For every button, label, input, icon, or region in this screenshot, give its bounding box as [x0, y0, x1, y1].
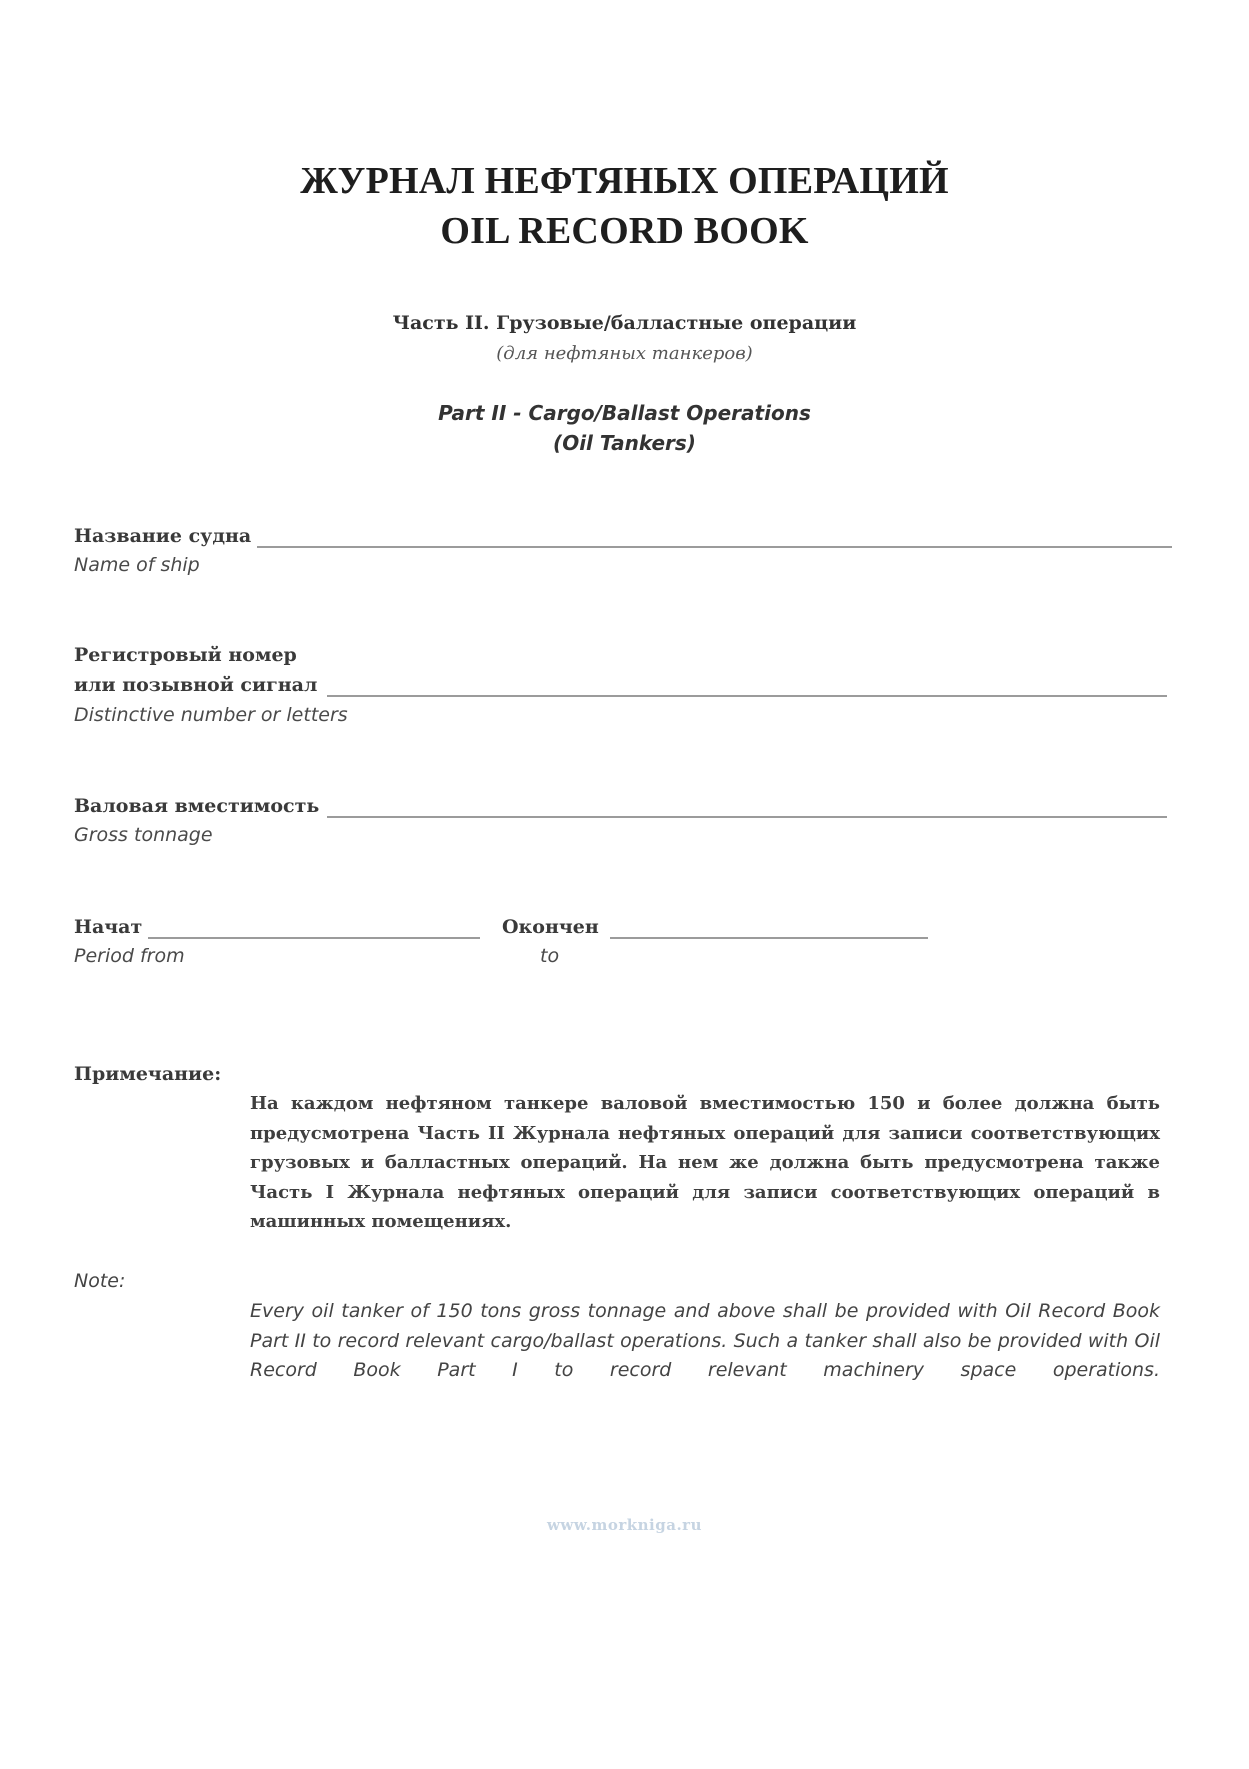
subtitle-russian: Часть II. Грузовые/балластные операции [0, 314, 1249, 333]
ship-name-underline [257, 546, 1172, 548]
period-to-label-ru: Окончен [502, 918, 599, 937]
ship-name-label-en: Name of ship [74, 556, 200, 575]
title-russian: ЖУРНАЛ НЕФТЯНЫХ ОПЕРАЦИЙ [0, 162, 1249, 200]
period-to-underline [610, 937, 928, 939]
period-from-field[interactable] [152, 913, 476, 937]
gross-tonnage-label-ru: Валовая вместимость [74, 797, 319, 816]
note-body-ru: На каждом нефтяном танкере валовой вмест… [250, 1089, 1160, 1237]
subtitle-russian-note: (для нефтяных танкеров) [0, 345, 1249, 363]
subtitle-english: Part II - Cargo/Ballast Operations [0, 403, 1249, 423]
gross-tonnage-label-en: Gross tonnage [74, 826, 213, 845]
ship-name-field[interactable] [262, 522, 1167, 546]
period-to-label-en: to [540, 947, 559, 966]
gross-tonnage-field[interactable] [332, 792, 1162, 816]
period-from-underline [148, 937, 480, 939]
subtitle-english-note: (Oil Tankers) [0, 433, 1249, 453]
ship-name-label-ru: Название судна [74, 527, 251, 546]
note-body-en: Every oil tanker of 150 tons gross tonna… [250, 1297, 1160, 1386]
note-label-ru: Примечание: [74, 1065, 221, 1084]
note-label-en: Note: [74, 1272, 125, 1291]
title-english: OIL RECORD BOOK [0, 212, 1249, 250]
period-from-label-en: Period from [74, 947, 185, 966]
distinctive-label-ru-1: Регистровый номер [74, 646, 297, 665]
distinctive-underline [327, 695, 1167, 697]
watermark-url: www.morkniga.ru [0, 1516, 1249, 1534]
distinctive-number-field[interactable] [332, 671, 1162, 695]
period-to-field[interactable] [614, 913, 924, 937]
document-page: ЖУРНАЛ НЕФТЯНЫХ ОПЕРАЦИЙ OIL RECORD BOOK… [0, 0, 1249, 1769]
distinctive-label-en: Distinctive number or letters [74, 706, 348, 725]
gross-tonnage-underline [327, 816, 1167, 818]
distinctive-label-ru-2: или позывной сигнал [74, 676, 317, 695]
period-from-label-ru: Начат [74, 918, 142, 937]
